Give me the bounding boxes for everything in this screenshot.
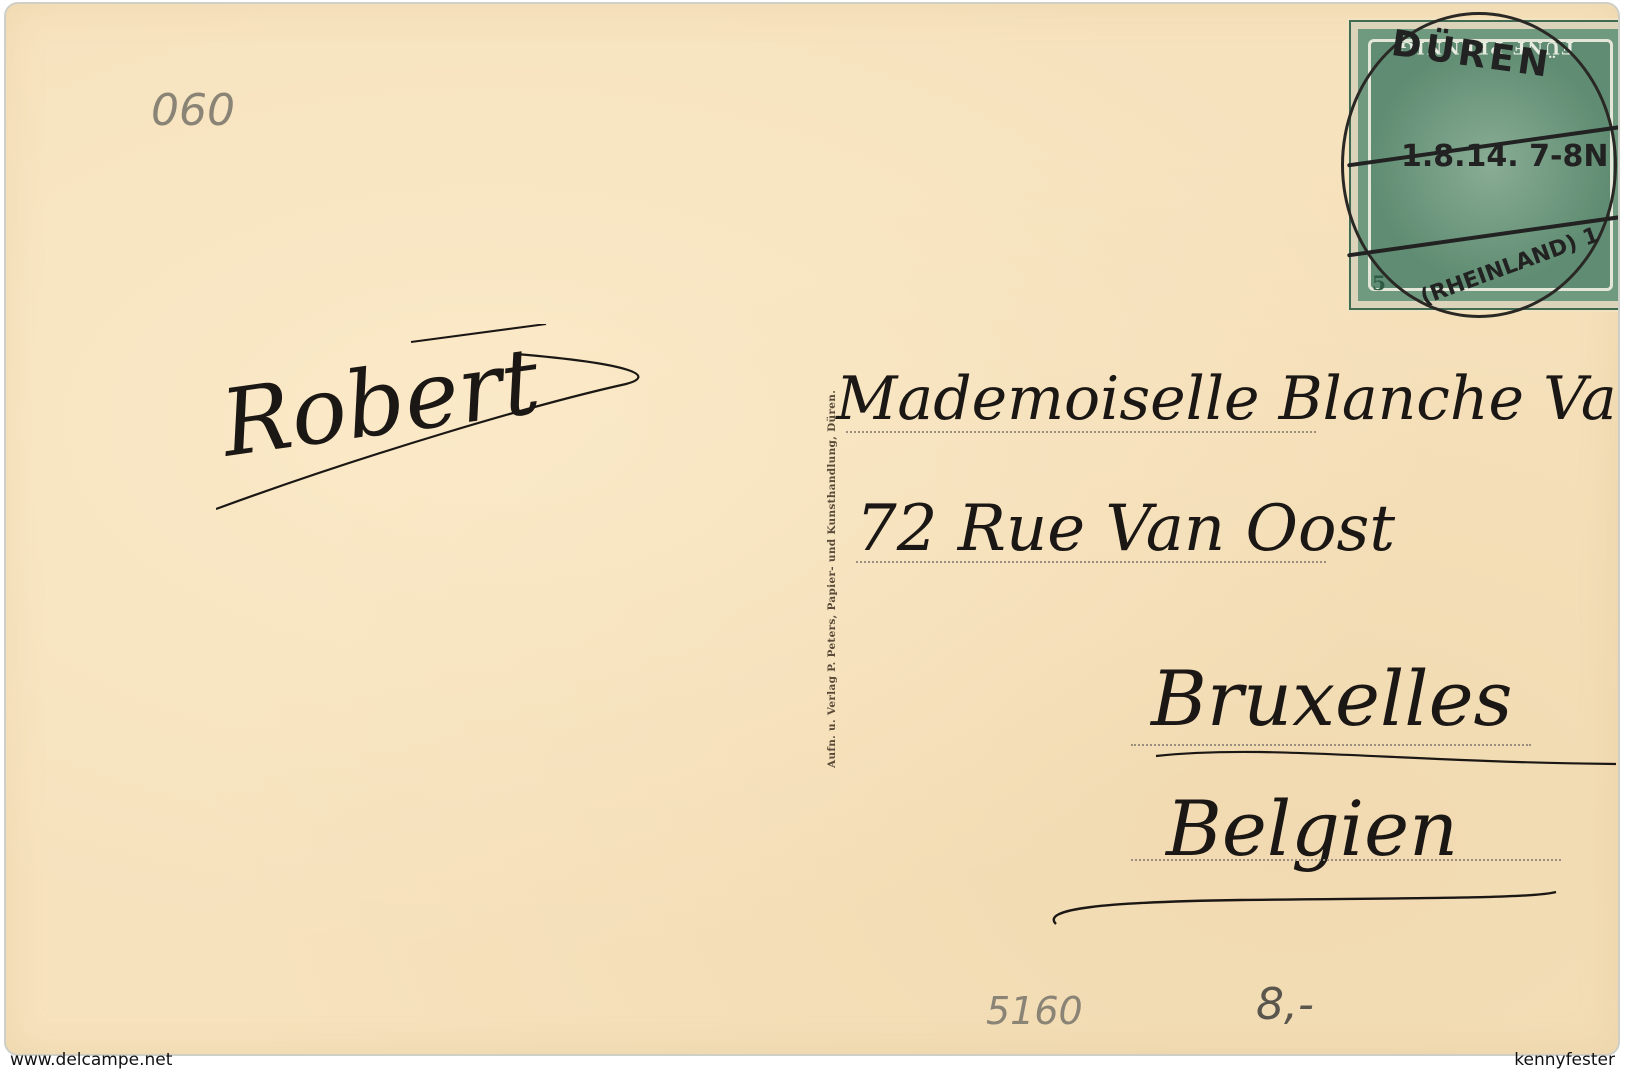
pencil-note-bottom-center: 5160	[986, 989, 1083, 1033]
watermark-delcampe: www.delcampe.net	[10, 1050, 172, 1070]
address-line-1: Mademoiselle Blanche Van Win	[836, 364, 1620, 434]
publisher-imprint: Aufn. u. Verlag P. Peters, Papier- und K…	[826, 234, 856, 924]
signature-flourish	[216, 324, 656, 524]
address-rule-4	[1131, 859, 1561, 861]
address-underline-4	[1041, 884, 1561, 934]
address-rule-1	[846, 431, 1316, 433]
pencil-note-bottom-right: 8,-	[1256, 979, 1314, 1030]
address-line-3: Bruxelles	[1151, 654, 1513, 743]
pencil-note-top-left: 090	[151, 82, 235, 133]
watermark-seller: kennyfester	[1514, 1050, 1615, 1070]
address-underline-3	[1146, 744, 1620, 774]
postcard: 090 Robert Aufn. u. Verlag P. Peters, Pa…	[4, 2, 1620, 1056]
address-rule-2	[856, 561, 1326, 563]
address-line-2: 72 Rue Van Oost	[856, 492, 1395, 566]
